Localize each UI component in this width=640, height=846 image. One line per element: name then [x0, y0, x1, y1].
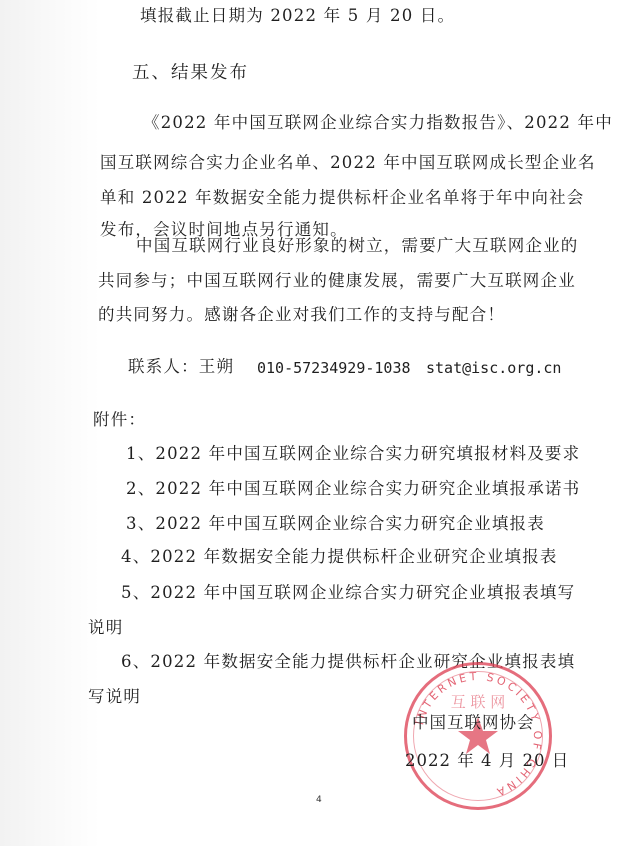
paragraph-line: 《2022 年中国互联网企业综合实力指数报告》、2022 年中	[143, 113, 613, 133]
paragraph-line: 单和 2022 年数据安全能力提供标杆企业名单将于年中向社会	[100, 188, 584, 208]
attachment-item: 3、2022 年中国互联网企业综合实力研究企业填报表	[126, 514, 545, 534]
document-page: 填报截止日期为 2022 年 5 月 20 日。 五、结果发布 《2022 年中…	[0, 0, 640, 846]
paragraph-line: 中国互联网行业良好形象的树立，需要广大互联网企业的	[136, 236, 579, 256]
paragraph-line: 国互联网综合实力企业名单、2022 年中国互联网成长型企业名	[100, 153, 596, 173]
paragraph-line: 的共同努力。感谢各企业对我们工作的支持与配合！	[98, 305, 505, 325]
attachment-item-cont: 写说明	[88, 687, 141, 707]
official-seal: INTERNET SOCIETY OF CHINA 互 联 网	[404, 662, 552, 810]
signature-date: 2022 年 4 月 20 日	[405, 747, 569, 771]
contact-email[interactable]: stat@isc.org.cn	[426, 358, 561, 378]
attachment-item: 1、2022 年中国互联网企业综合实力研究填报材料及要求	[126, 444, 580, 464]
page-number: 4	[316, 795, 322, 805]
paragraph-line: 共同参与；中国互联网行业的健康发展，需要广大互联网企业	[98, 271, 576, 291]
attachment-item: 2、2022 年中国互联网企业综合实力研究企业填报承诺书	[126, 479, 580, 499]
signature-org: 中国互联网协会	[412, 709, 535, 733]
attachment-item: 5、2022 年中国互联网企业综合实力研究企业填报表填写	[121, 583, 575, 603]
seal-star-icon: INTERNET SOCIETY OF CHINA 互 联 网	[407, 665, 549, 807]
deadline-text: 填报截止日期为 2022 年 5 月 20 日。	[140, 6, 455, 26]
contact-person: 联系人：王朔	[128, 357, 234, 377]
section-heading-results: 五、结果发布	[132, 63, 249, 83]
attachment-item-cont: 说明	[88, 618, 123, 638]
attachments-label: 附件：	[93, 410, 146, 430]
contact-phone: 010-57234929-1038	[257, 358, 411, 378]
attachment-item: 4、2022 年数据安全能力提供标杆企业研究企业填报表	[121, 547, 558, 567]
